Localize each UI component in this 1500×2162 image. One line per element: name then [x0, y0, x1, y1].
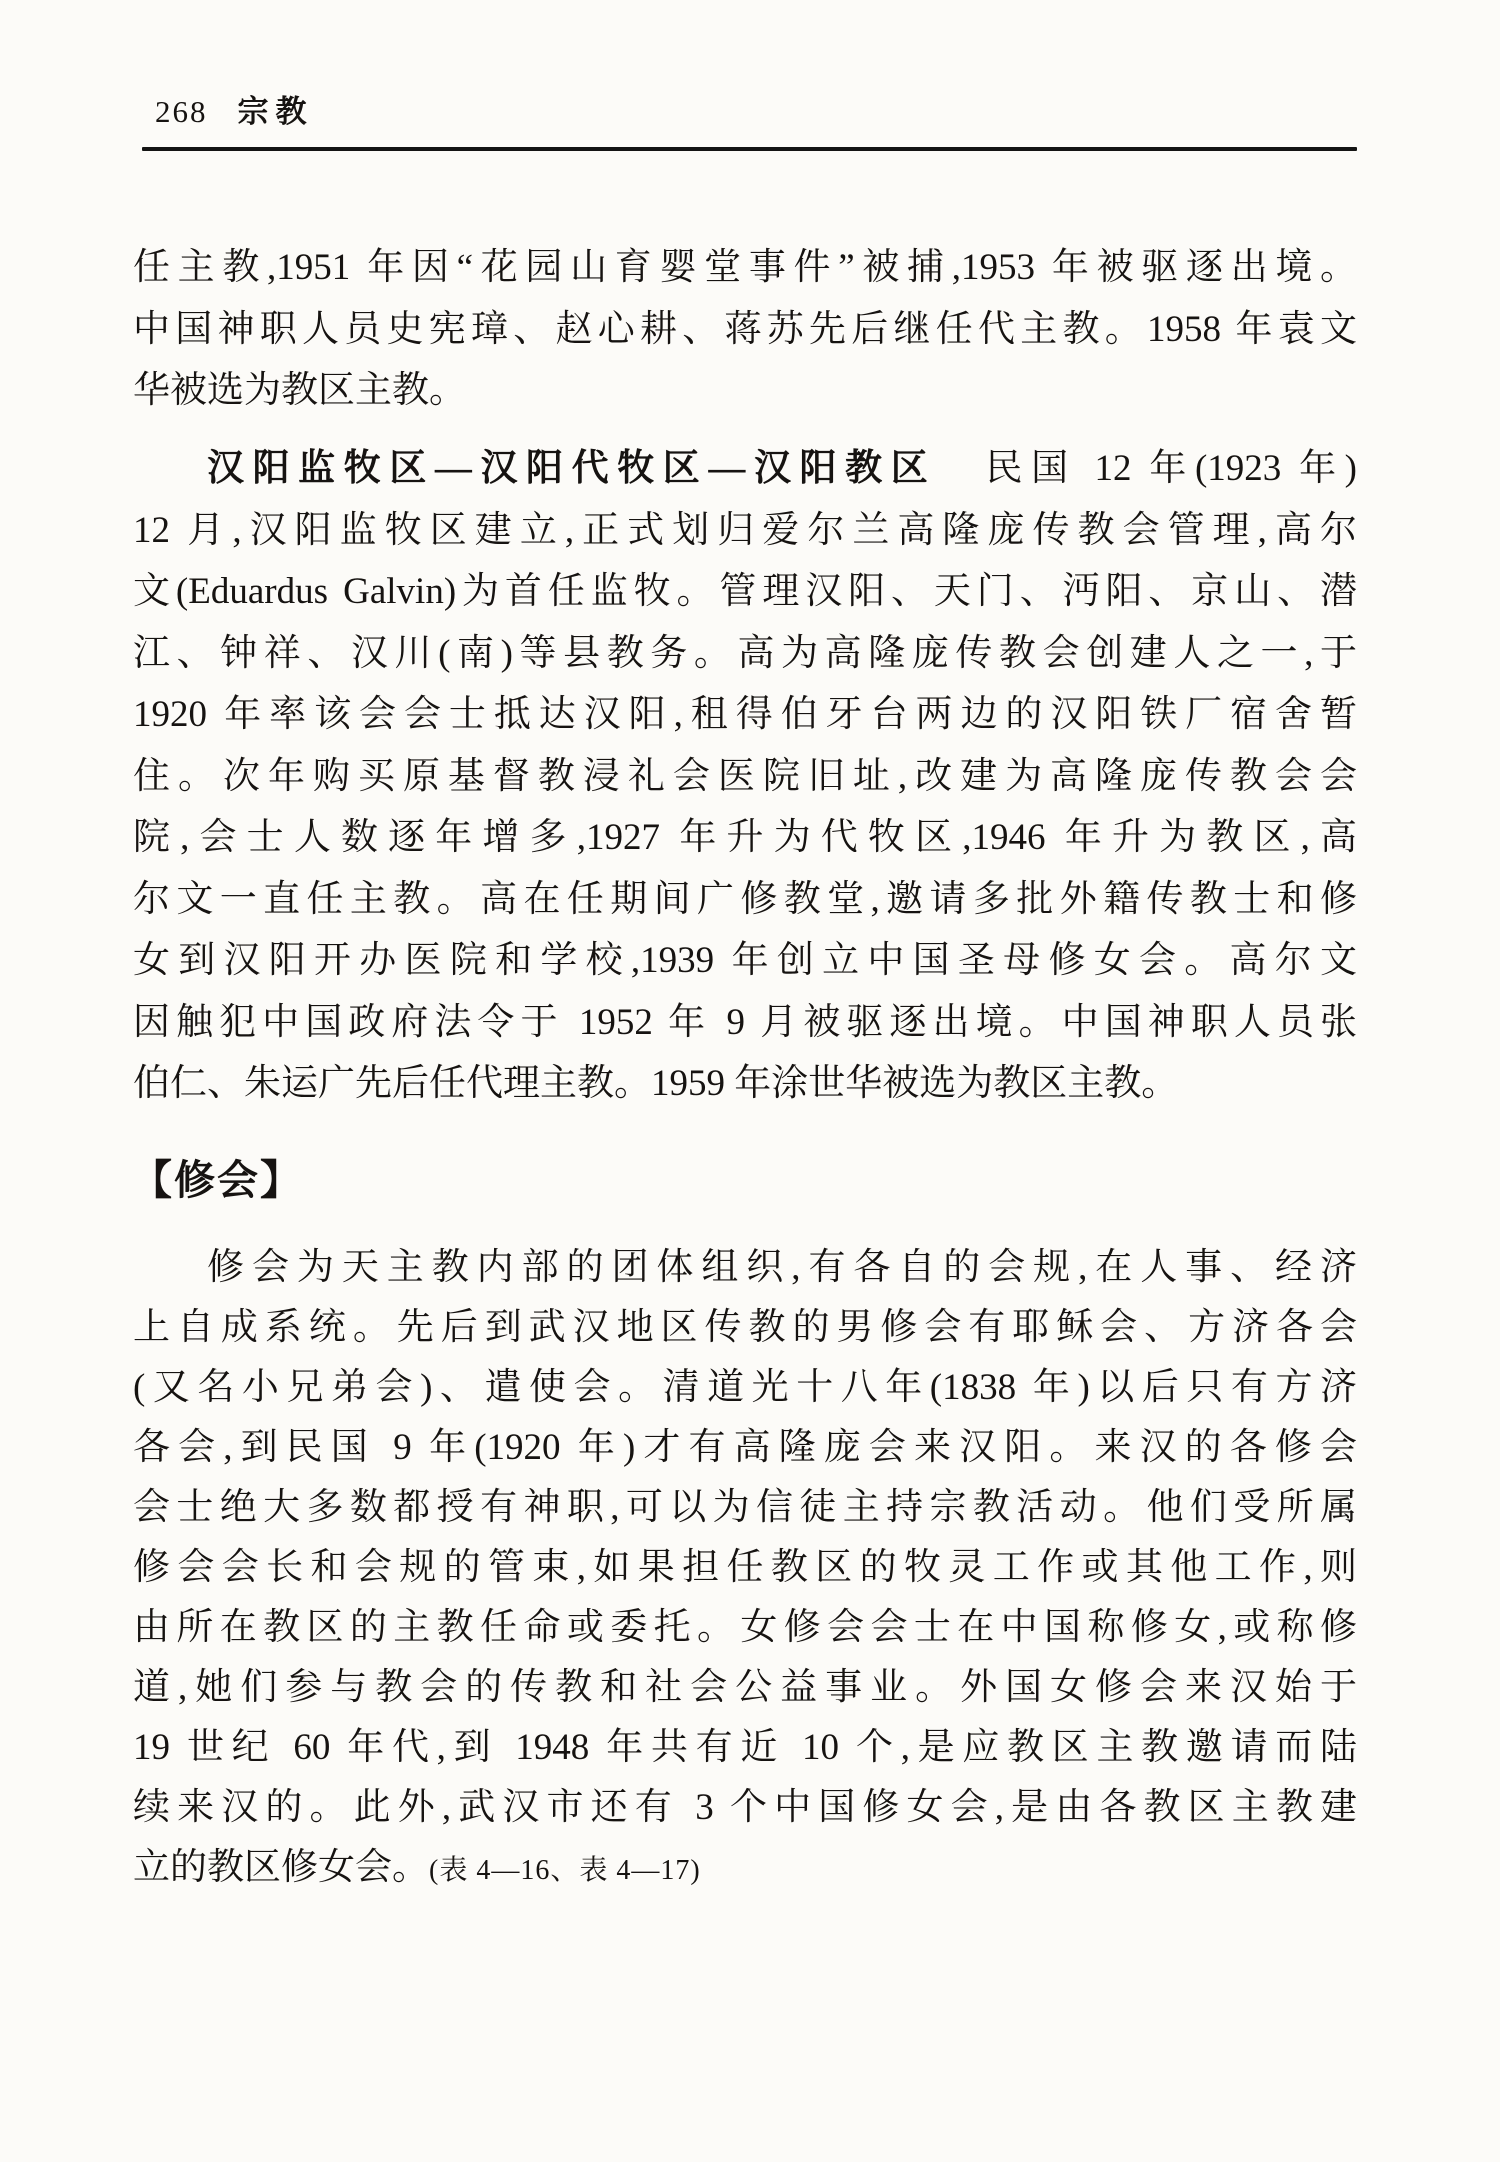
text-line: 道,她们参与教会的传教和社会公益事业。外国女修会来汉始于: [133, 1658, 1357, 1718]
text-line: 会士绝大多数都授有神职,可以为信徒主持宗教活动。他们受所属: [133, 1478, 1357, 1538]
text-line: 19 世纪 60 年代,到 1948 年共有近 10 个,是应教区主教邀请而陆: [133, 1718, 1357, 1778]
text-line: 1920 年率该会会士抵达汉阳,租得伯牙台两边的汉阳铁厂宿舍暂: [133, 684, 1357, 746]
text-line: 女到汉阳开办医院和学校,1939 年创立中国圣母修女会。高尔文: [133, 930, 1357, 992]
paragraph-religious-orders: 修会为天主教内部的团体组织,有各自的会规,在人事、经济 上自成系统。先后到武汉地…: [133, 1238, 1357, 1898]
text-line: 院,会士人数逐年增多,1927 年升为代牧区,1946 年升为教区,高: [133, 807, 1357, 869]
text-line: 立的教区修女会。(表 4—16、表 4—17): [133, 1838, 1357, 1898]
chapter-title: 宗教: [238, 94, 314, 129]
text-line: 续来汉的。此外,武汉市还有 3 个中国修女会,是由各教区主教建: [133, 1778, 1357, 1838]
text-line: 住。次年购买原基督教浸礼会医院旧址,改建为高隆庞传教会会: [133, 746, 1357, 808]
paragraph-hankou-diocese-continuation: 任主教,1951 年因“花园山育婴堂事件”被捕,1953 年被驱逐出境。 中国神…: [133, 237, 1357, 422]
page-number: 268: [155, 92, 208, 132]
page-header: 268宗教: [155, 92, 314, 132]
text-line: 江、钟祥、汉川(南)等县教务。高为高隆庞传教会创建人之一,于: [133, 623, 1357, 685]
table-reference: (表 4—16、表 4—17): [429, 1855, 701, 1886]
text-line: 中国神职人员史宪璋、赵心耕、蒋苏先后继任代主教。1958 年袁文: [133, 299, 1357, 361]
text-line: 尔文一直任主教。高在任期间广修教堂,邀请多批外籍传教士和修: [133, 869, 1357, 931]
section-heading-xiuhui: 【修会】: [131, 1147, 303, 1206]
text-line: 修会会长和会规的管束,如果担任教区的牧灵工作或其他工作,则: [133, 1538, 1357, 1598]
text-line: 由所在教区的主教任命或委托。女修会会士在中国称修女,或称修: [133, 1598, 1357, 1658]
text-line: 各会,到民国 9 年(1920 年)才有高隆庞会来汉阳。来汉的各修会: [133, 1418, 1357, 1478]
text-line: 华被选为教区主教。: [133, 360, 1357, 422]
entry-term: 汉阳监牧区—汉阳代牧区—汉阳教区: [207, 448, 936, 489]
text-line: (又名小兄弟会)、遣使会。清道光十八年(1838 年)以后只有方济: [133, 1358, 1357, 1418]
paragraph-hanyang-diocese: 汉阳监牧区—汉阳代牧区—汉阳教区民国 12 年(1923 年) 12 月,汉阳监…: [133, 438, 1357, 1115]
text-line: 因触犯中国政府法令于 1952 年 9 月被驱逐出境。中国神职人员张: [133, 992, 1357, 1054]
text-line: 上自成系统。先后到武汉地区传教的男修会有耶稣会、方济各会: [133, 1298, 1357, 1358]
text-line: 伯仁、朱运广先后任代理主教。1959 年涂世华被选为教区主教。: [133, 1053, 1357, 1115]
text-line: 文(Eduardus Galvin)为首任监牧。管理汉阳、天门、沔阳、京山、潜: [133, 561, 1357, 623]
entry-date: 民国 12 年(1923 年): [977, 448, 1357, 489]
header-rule: [142, 147, 1357, 151]
text-line: 修会为天主教内部的团体组织,有各自的会规,在人事、经济: [133, 1238, 1357, 1298]
book-page: 268宗教 任主教,1951 年因“花园山育婴堂事件”被捕,1953 年被驱逐出…: [0, 0, 1500, 2162]
entry-title-line: 汉阳监牧区—汉阳代牧区—汉阳教区民国 12 年(1923 年): [133, 438, 1357, 500]
text-line: 12 月,汉阳监牧区建立,正式划归爱尔兰高隆庞传教会管理,高尔: [133, 500, 1357, 562]
text-line: 任主教,1951 年因“花园山育婴堂事件”被捕,1953 年被驱逐出境。: [133, 237, 1357, 299]
closing-sentence: 立的教区修女会。: [133, 1847, 429, 1888]
